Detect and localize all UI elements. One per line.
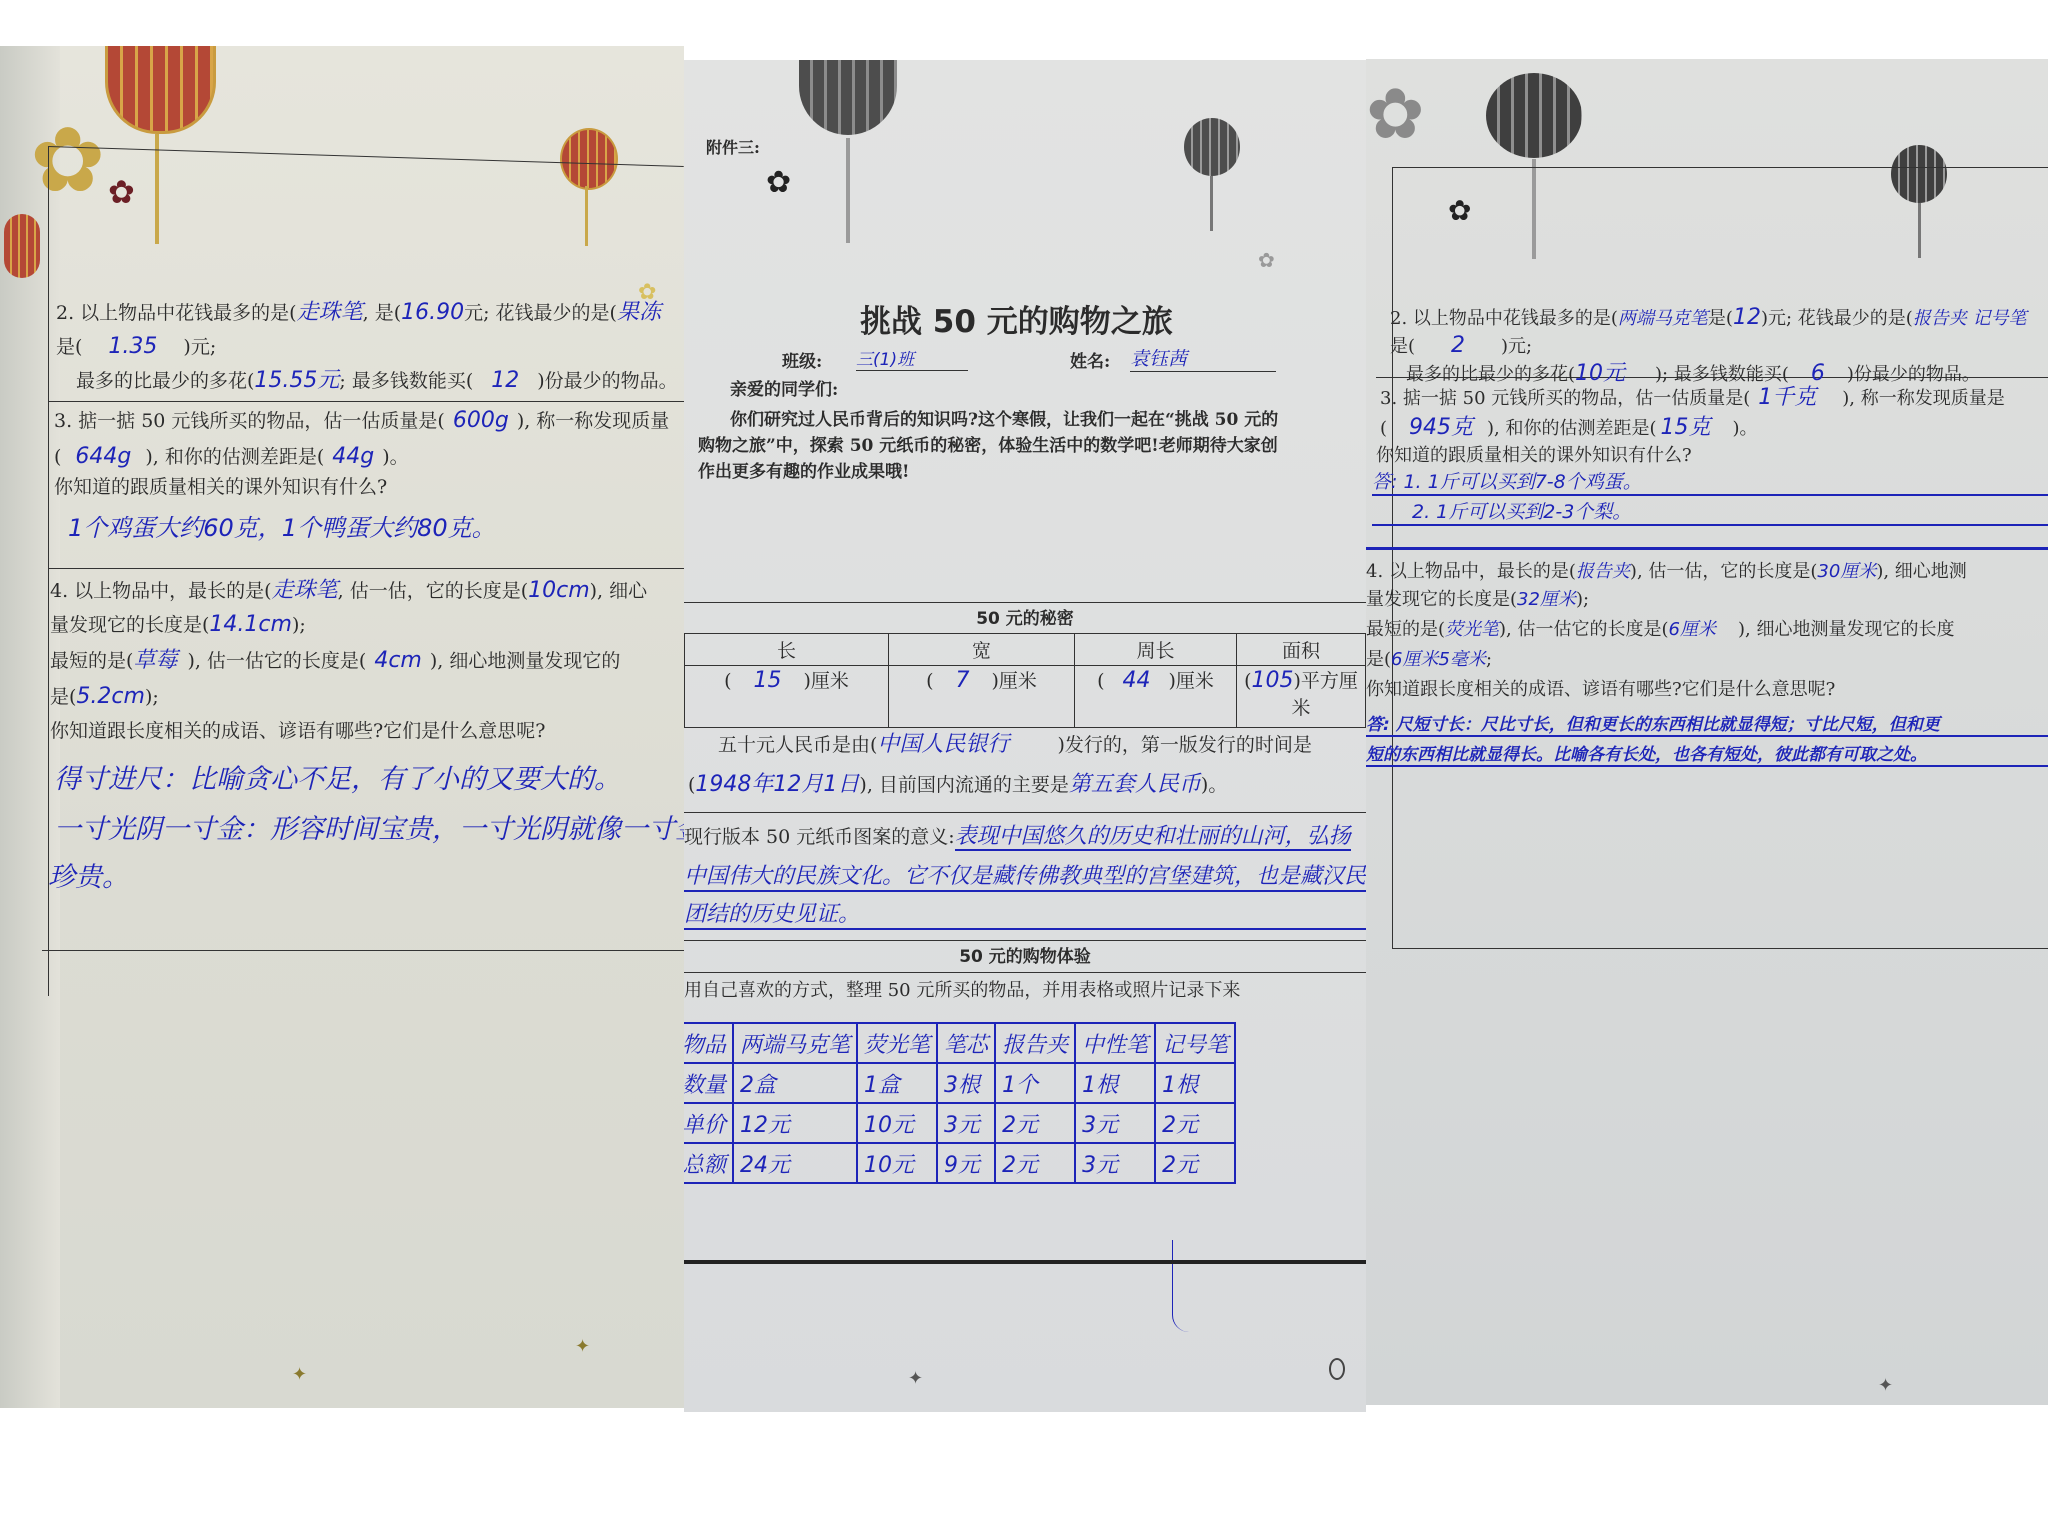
unit: )厘米	[992, 670, 1037, 692]
q4-text: 最短的是(	[1366, 619, 1445, 640]
q3-estimate-answer: 600g	[445, 408, 517, 433]
q4-longest-actual-answer: 14.1cm	[209, 612, 292, 637]
item-unit-price: 3元	[937, 1103, 995, 1143]
shopping-heading: 50 元的购物体验	[684, 947, 1366, 967]
section-border	[684, 940, 1366, 941]
area-value: 105	[1252, 668, 1294, 693]
side-lantern-icon	[4, 214, 40, 278]
row-label-quantity: 数量	[684, 1063, 733, 1103]
worksheet-title: 挑战 50 元的购物之旅	[860, 304, 1173, 341]
q2-text: )份最少的物品。	[537, 370, 677, 392]
item-name: 荧光笔	[857, 1023, 937, 1063]
q2-text: 是(	[1708, 308, 1733, 329]
q4-answer-line: 一寸光阴一寸金：形容时间宝贵，一寸光阴就像一寸金子	[54, 814, 684, 846]
q4-longest-estimate-answer: 30厘米	[1817, 561, 1876, 582]
q4-text: , 估一估，它的长度是(	[338, 580, 529, 602]
left-worksheet-page: ✿ ✿ ✿ 2. 以上物品中花钱最多的是(走珠笔, 是(16.90元; 花钱最少…	[0, 46, 684, 1408]
q4-line3: 最短的是(荧光笔), 估一估它的长度是(6厘米), 细心地测量发现它的长度	[1366, 619, 1954, 641]
q3-gap-answer: 15克	[1657, 415, 1733, 440]
unit: )厘米	[804, 670, 849, 692]
q3-text: (	[1380, 418, 1387, 439]
item-name: 报告夹	[995, 1023, 1075, 1063]
q2-line3: 最多的比最少的多花(15.55元; 最多钱数能买(12)份最少的物品。	[76, 368, 678, 394]
star-decoration-icon: ✦	[908, 1368, 923, 1389]
q2-text: )元; 花钱最少的是(	[1761, 308, 1913, 329]
header-width: 宽	[889, 634, 1075, 666]
width-value: 7	[934, 668, 992, 693]
q2-text: 是(	[1390, 336, 1415, 357]
q4-text: );	[292, 614, 306, 636]
q4-answer-line: 得寸进尺：比喻贪心不足，有了小的又要大的。	[54, 764, 621, 796]
star-decoration-icon: ✦	[292, 1364, 307, 1385]
q4-shortest-item-answer: 荧光笔	[1445, 619, 1499, 640]
q2-text: 是(	[56, 336, 82, 358]
item-qty: 1根	[1075, 1063, 1155, 1103]
intro-line: 购物之旅”中，探索 50 元纸币的秘密，体验生活中的数学吧!老师期待大家创	[698, 436, 1278, 456]
row-label-item: 物品	[684, 1023, 733, 1063]
answer-frame	[1392, 167, 2048, 949]
q2-text: 2. 以上物品中花钱最多的是(	[1390, 308, 1618, 329]
item-qty: 1根	[1155, 1063, 1235, 1103]
q2-text: 元; 花钱最少的是(	[464, 302, 617, 324]
q4-shortest-actual-answer: 5.2cm	[76, 684, 145, 709]
q2-line3: 最多的比最少的多花(10元); 最多钱数能买(6)份最少的物品。	[1406, 361, 1980, 387]
q3-question: 你知道的跟质量相关的课外知识有什么?	[1376, 445, 1692, 467]
q2-least-price-answer: 2	[1415, 333, 1501, 358]
q2-most-item-answer: 两端马克笔	[1618, 308, 1708, 329]
lantern-tassel	[846, 138, 850, 243]
item-qty: 1个	[995, 1063, 1075, 1103]
q4-question: 你知道跟长度相关的成语、谚语有哪些?它们是什么意思呢?	[50, 720, 545, 743]
item-unit-price: 3元	[1075, 1103, 1155, 1143]
issuer-text: ), 目前国内流通的主要是	[859, 774, 1069, 796]
q3-answer-line: 答: 1. 1斤可以买到7-8个鸡蛋。	[1372, 471, 2048, 496]
q4-text: 是(	[50, 686, 76, 708]
circle-mark-icon	[1329, 1358, 1345, 1380]
item-qty: 3根	[937, 1063, 995, 1103]
q3-gap-answer: 44g	[324, 444, 382, 469]
q2-line2: 是(1.35)元;	[56, 334, 216, 360]
q2-count-answer: 6	[1789, 361, 1847, 386]
q2-text: 2. 以上物品中花钱最多的是(	[56, 302, 297, 324]
q4-line1: 4. 以上物品中，最长的是(走珠笔, 估一估，它的长度是(10cm), 细心	[50, 578, 647, 604]
q2-line1: 2. 以上物品中花钱最多的是(走珠笔, 是(16.90元; 花钱最少的是(果冻	[56, 300, 661, 326]
q4-longest-actual-answer: 32厘米	[1517, 589, 1576, 610]
area-cell: (105)平方厘米	[1237, 666, 1366, 728]
gray-lantern-icon	[1486, 73, 1582, 158]
small-flower-icon: ✿	[1258, 250, 1275, 270]
q3-text: ), 称一称发现质量	[517, 410, 670, 432]
q4-shortest-actual-answer: 6厘米5毫米	[1391, 649, 1486, 670]
unit: )厘米	[1169, 670, 1214, 692]
class-field: 三(1)班	[856, 350, 968, 371]
q3-text: 3. 掂一掂 50 元钱所买的物品，估一估质量是(	[54, 410, 445, 432]
shopping-table: 物品 两端马克笔 荧光笔 笔芯 报告夹 中性笔 记号笔 数量 2盒 1盒 3根 …	[684, 1022, 1236, 1184]
q4-answer-line: 珍贵。	[48, 862, 129, 894]
flower-decoration-icon: ✿	[30, 116, 105, 206]
q2-text: 最多的比最少的多花(	[76, 370, 254, 392]
paren: (	[724, 670, 731, 692]
divider	[48, 401, 684, 402]
right-worksheet-page: ✿ ✿ 2. 以上物品中花钱最多的是(两端马克笔是(12)元; 花钱最少的是(报…	[1366, 59, 2048, 1405]
bottom-rule	[684, 1260, 1366, 1264]
item-unit-price: 12元	[733, 1103, 857, 1143]
q3-text: )。	[382, 446, 408, 468]
item-total: 3元	[1075, 1143, 1155, 1183]
q4-question: 你知道跟长度相关的成语、谚语有哪些?它们是什么意思呢?	[1366, 679, 1835, 701]
q4-text: ), 细心地测量发现它的长度	[1738, 619, 1954, 640]
q4-text: 4. 以上物品中，最长的是(	[1366, 561, 1576, 582]
q3-answer-line: 2. 1斤可以买到2-3个梨。	[1372, 501, 2048, 526]
class-label: 班级:	[782, 352, 822, 372]
issuer-date-answer: 1948年12月1日	[695, 772, 859, 797]
small-gray-lantern-icon	[1184, 118, 1240, 176]
q4-text: ), 细心	[590, 580, 648, 602]
lantern-tassel	[585, 186, 588, 246]
q2-text: 最多的比最少的多花(	[1406, 364, 1575, 385]
issuer-text: )发行的，第一版发行的时间是	[1057, 734, 1311, 756]
q3-text: ), 和你的估测差距是(	[1487, 418, 1657, 439]
paren: (	[1244, 670, 1251, 692]
item-total: 2元	[995, 1143, 1075, 1183]
item-name: 两端马克笔	[733, 1023, 857, 1063]
section-border	[684, 602, 1366, 603]
q4-longest-item-answer: 走珠笔	[272, 578, 338, 603]
divider	[1366, 547, 2048, 550]
q2-line1: 2. 以上物品中花钱最多的是(两端马克笔是(12)元; 花钱最少的是(报告夹 记…	[1390, 305, 2027, 331]
row-label-total: 总额	[684, 1143, 733, 1183]
name-label: 姓名:	[1070, 352, 1110, 372]
q3-line2: (644g), 和你的估测差距是(44g)。	[54, 444, 409, 470]
dark-flower-icon: ✿	[766, 168, 791, 198]
q3-line1: 3. 掂一掂 50 元钱所买的物品，估一估质量是(1千克), 称一称发现质量是	[1380, 385, 2005, 411]
q4-line4: 是(5.2cm);	[50, 684, 159, 710]
q4-line4: 是(6厘米5毫米;	[1366, 649, 1492, 671]
item-name: 中性笔	[1075, 1023, 1155, 1063]
meaning-line1: 现行版本 50 元纸币图案的意义:表现中国悠久的历史和壮丽的山河，弘扬	[684, 824, 1351, 850]
shopping-instruction: 用自己喜欢的方式，整理 50 元所买的物品，并用表格或照片记录下来	[684, 980, 1240, 1002]
q4-text: 是(	[1366, 649, 1391, 670]
length-value: 15	[732, 668, 804, 693]
issuer-bank-answer: 中国人民银行	[877, 732, 1057, 757]
star-decoration-icon: ✦	[1878, 1375, 1893, 1396]
q4-text: ), 估一估它的长度是(	[1499, 619, 1669, 640]
q4-answer-line: 答: 尺短寸长：尺比寸长，但和更长的东西相比就显得短；寸比尺短，但和更	[1366, 715, 2048, 737]
gray-lantern-icon	[799, 60, 897, 135]
intro-line: 作出更多有趣的作业成果哦!	[698, 462, 909, 482]
q4-line1: 4. 以上物品中，最长的是(报告夹), 估一估，它的长度是(30厘米), 细心地…	[1366, 561, 1967, 583]
q2-text: ); 最多钱数能买(	[1655, 364, 1789, 385]
unit: )平方厘	[1294, 670, 1358, 692]
item-total: 9元	[937, 1143, 995, 1183]
pen-stroke	[1172, 1240, 1189, 1332]
q2-difference-answer: 10元	[1575, 361, 1655, 386]
section-border	[684, 812, 1366, 813]
q4-line3: 最短的是(草莓), 估一估它的长度是(4cm), 细心地测量发现它的	[50, 648, 620, 674]
q3-actual-answer: 644g	[61, 444, 145, 469]
q4-text: );	[145, 686, 159, 708]
q4-line2: 量发现它的长度是(14.1cm);	[50, 612, 306, 638]
length-cell: (15)厘米	[685, 666, 889, 728]
item-unit-price: 10元	[857, 1103, 937, 1143]
issuer-current-answer: 第五套人民币	[1069, 772, 1201, 797]
q2-least-item-answer: 果冻	[617, 300, 661, 325]
header-area: 面积	[1237, 634, 1366, 666]
lantern-tassel	[1210, 176, 1213, 231]
small-lantern-icon	[560, 128, 618, 190]
section-border	[684, 972, 1366, 973]
perimeter-cell: (44)厘米	[1075, 666, 1237, 728]
item-total: 24元	[733, 1143, 857, 1183]
issuer-line1: 五十元人民币是由(中国人民银行)发行的，第一版发行的时间是	[718, 732, 1312, 758]
q2-text: )份最少的物品。	[1847, 364, 1980, 385]
red-lantern-icon	[105, 46, 216, 134]
q4-text: );	[1576, 589, 1589, 610]
q4-longest-item-answer: 报告夹	[1576, 561, 1630, 582]
item-unit-price: 2元	[995, 1103, 1075, 1143]
item-unit-price: 2元	[1155, 1103, 1235, 1143]
q2-most-item-answer: 走珠笔	[297, 300, 363, 325]
q2-text: ; 最多钱数能买(	[339, 370, 473, 392]
intro-line: 你们研究过人民币背后的知识吗?这个寒假，让我们一起在“挑战 50 元的	[730, 410, 1278, 430]
q4-text: ), 估一估，它的长度是(	[1630, 561, 1818, 582]
q4-text: 量发现它的长度是(	[1366, 589, 1517, 610]
q3-text: ), 称一称发现质量是	[1842, 388, 2004, 409]
q3-text: )。	[1733, 418, 1758, 439]
q4-shortest-estimate-answer: 6厘米	[1669, 619, 1738, 640]
secret-table: 长 宽 周长 面积 (15)厘米 (7)厘米 (44)厘米 (105)平方厘米	[684, 633, 1366, 728]
q3-text: ), 和你的估测差距是(	[145, 446, 324, 468]
q2-count-answer: 12	[473, 368, 537, 393]
item-total: 2元	[1155, 1143, 1235, 1183]
q2-difference-answer: 15.55元	[254, 368, 339, 393]
gray-flower-icon: ✿	[1366, 79, 1425, 149]
star-decoration-icon: ✦	[575, 1336, 590, 1357]
meaning-answer: 中国伟大的民族文化。它不仅是藏传佛教典型的宫堡建筑，也是藏汉民族	[684, 864, 1366, 892]
header-length: 长	[685, 634, 889, 666]
name-field: 袁钰茜	[1130, 348, 1276, 372]
q2-least-item-answer: 报告夹 记号笔	[1913, 308, 2027, 329]
q3-estimate-answer: 1千克	[1750, 385, 1842, 410]
q4-text: 最短的是(	[50, 650, 133, 672]
secret-heading: 50 元的秘密	[684, 609, 1366, 629]
q3-line2: (945克), 和你的估测差距是(15克)。	[1380, 415, 1758, 441]
meaning-answer: 表现中国悠久的历史和壮丽的山河，弘扬	[955, 824, 1351, 851]
q4-longest-estimate-answer: 10cm	[528, 578, 590, 603]
q4-text: 4. 以上物品中，最长的是(	[50, 580, 272, 602]
frame-bottom-border	[42, 950, 684, 951]
q4-line2: 量发现它的长度是(32厘米);	[1366, 589, 1589, 611]
issuer-text: 五十元人民币是由(	[718, 734, 877, 756]
middle-worksheet-page: ✿ ✿ 附件三: 挑战 50 元的购物之旅 班级: 三(1)班 姓名: 袁钰茜 …	[684, 60, 1366, 1412]
greeting: 亲爱的同学们:	[730, 380, 838, 400]
item-qty: 1盒	[857, 1063, 937, 1103]
q4-text: ), 细心地测量发现它的	[430, 650, 621, 672]
q3-answer: 1个鸡蛋大约60克，1个鸭蛋大约80克。	[68, 514, 496, 543]
q2-least-price-answer: 1.35	[82, 334, 183, 359]
q2-text: )元;	[1501, 336, 1532, 357]
item-name: 记号笔	[1155, 1023, 1235, 1063]
issuer-line2: (1948年12月1日), 目前国内流通的主要是第五套人民币)。	[688, 772, 1227, 798]
paren: (	[926, 670, 933, 692]
width-cell: (7)厘米	[889, 666, 1075, 728]
q2-most-price-answer: 12	[1733, 305, 1761, 330]
q3-actual-answer: 945克	[1387, 415, 1487, 440]
q4-shortest-estimate-answer: 4cm	[366, 648, 430, 673]
row-label-unit-price: 单价	[684, 1103, 733, 1143]
q4-text: ), 估一估它的长度是(	[187, 650, 366, 672]
paren: (	[1097, 670, 1104, 692]
meaning-label: 现行版本 50 元纸币图案的意义:	[684, 826, 955, 848]
q3-line1: 3. 掂一掂 50 元钱所买的物品，估一估质量是(600g), 称一称发现质量	[54, 408, 669, 434]
q2-text: )元;	[183, 336, 216, 358]
q3-question: 你知道的跟质量相关的课外知识有什么?	[54, 476, 387, 499]
q3-text: 3. 掂一掂 50 元钱所买的物品，估一估质量是(	[1380, 388, 1750, 409]
q2-text: , 是(	[363, 302, 402, 324]
item-qty: 2盒	[733, 1063, 857, 1103]
attachment-label: 附件三:	[706, 138, 760, 157]
divider	[48, 568, 684, 569]
q2-most-price-answer: 16.90	[401, 300, 464, 325]
meaning-answer: 团结的历史见证。	[684, 902, 1366, 930]
q4-answer-line: 短的东西相比就显得长。比喻各有长处，也各有短处，彼此都有可取之处。	[1366, 745, 2048, 767]
dark-flower-icon: ✿	[108, 176, 135, 208]
unit: 米	[1291, 697, 1310, 719]
item-name: 笔芯	[937, 1023, 995, 1063]
q4-text: 量发现它的长度是(	[50, 614, 209, 636]
q4-text: ;	[1486, 649, 1492, 670]
q4-shortest-item-answer: 草莓	[133, 648, 187, 673]
q4-text: ), 细心地测	[1876, 561, 1966, 582]
item-total: 10元	[857, 1143, 937, 1183]
q2-line2: 是(2)元;	[1390, 333, 1532, 359]
issuer-text: )。	[1201, 774, 1227, 796]
header-perimeter: 周长	[1075, 634, 1237, 666]
perimeter-value: 44	[1105, 668, 1169, 693]
